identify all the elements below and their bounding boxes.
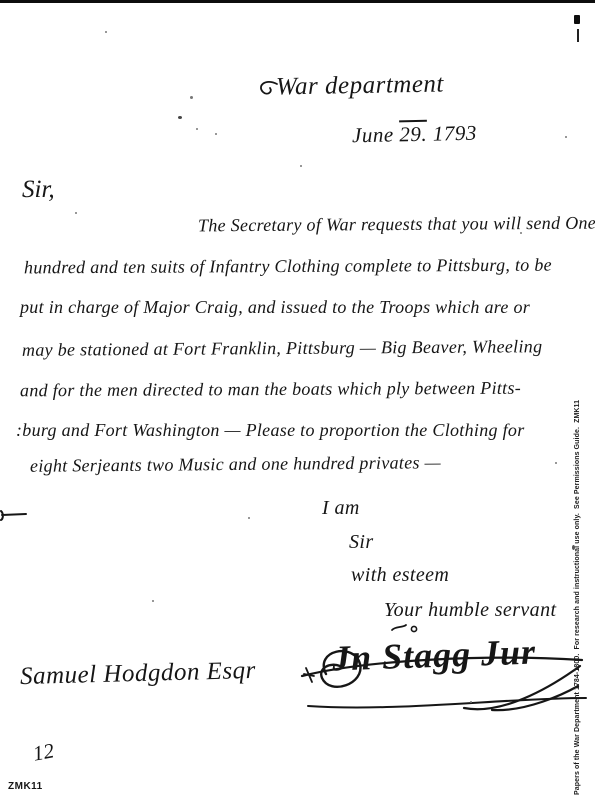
body-line: and for the men directed to man the boat… bbox=[20, 378, 521, 402]
scan-blot-artifact bbox=[577, 29, 579, 42]
addressee-line: Samuel Hodgdon Esqr bbox=[20, 657, 257, 691]
body-line: may be stationed at Fort Franklin, Pitts… bbox=[22, 336, 542, 361]
date-day: 29. bbox=[399, 122, 427, 147]
scanned-letter-page: War department June 29. 1793 Sir, The Se… bbox=[0, 0, 595, 800]
letterhead-title: War department bbox=[276, 71, 444, 102]
body-line: put in charge of Major Craig, and issued… bbox=[20, 297, 530, 318]
ink-stroke-artifact bbox=[0, 508, 28, 522]
signature: Jn Stagg Jur bbox=[331, 630, 536, 679]
scan-edge-artifact bbox=[0, 0, 595, 3]
closing-line: I am bbox=[322, 497, 360, 520]
body-line: hundred and ten suits of Infantry Clothi… bbox=[24, 255, 552, 279]
page-number: 12 bbox=[31, 738, 56, 766]
body-line: The Secretary of War requests that you w… bbox=[198, 213, 595, 237]
date-line: June 29. 1793 bbox=[352, 121, 477, 149]
archive-margin-note: Papers of the War Department 1784-1800. … bbox=[571, 365, 585, 795]
body-line: eight Serjeants two Music and one hundre… bbox=[30, 452, 441, 477]
date-month: June bbox=[352, 122, 394, 147]
scan-blot-artifact bbox=[574, 15, 580, 24]
salutation: Sir, bbox=[22, 176, 55, 204]
closing-line: Sir bbox=[349, 531, 374, 554]
date-year: 1793 bbox=[433, 121, 477, 146]
closing-line: with esteem bbox=[351, 564, 449, 587]
body-line: :burg and Fort Washington — Please to pr… bbox=[16, 420, 525, 441]
archive-stamp-code: ZMK11 bbox=[8, 781, 43, 792]
